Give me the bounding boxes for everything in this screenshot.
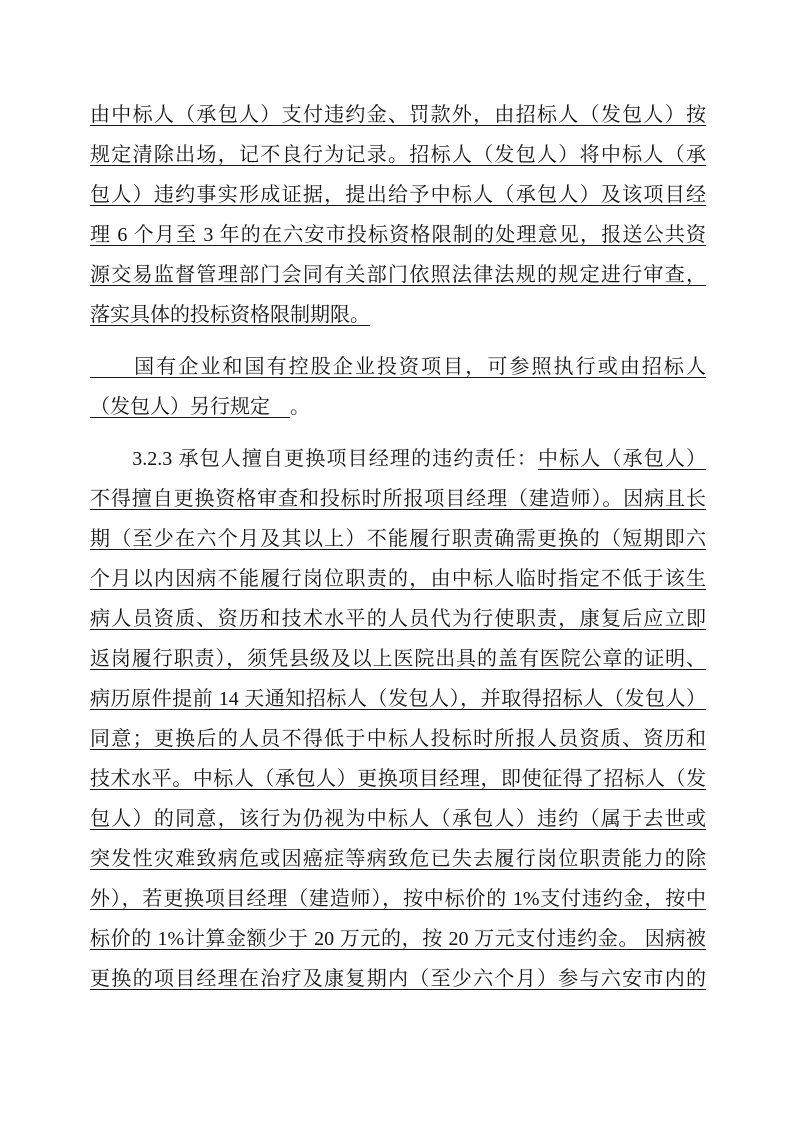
document-body: 由中标人（承包人）支付违约金、罚款外，由招标人（发包人）按规定清除出场，记不良行… [90,95,706,999]
text-line: 国有企业和国有控股企业投资项目，可参照执行或由招标人 [90,347,706,387]
underlined-text-segment: 个月以内因病不能履行岗位职责的，由中标人临时指定不低于该生 [90,568,706,590]
text-segment: 。 [290,396,310,418]
text-line: 期（至少在六个月及其以上）不能履行职责确需更换的（短期即六 [90,519,706,559]
underlined-text-segment: 返岗履行职责），须凭县级及以上医院出具的盖有医院公章的证明、 [90,648,706,670]
document-page: 由中标人（承包人）支付违约金、罚款外，由招标人（发包人）按规定清除出场，记不良行… [0,0,794,1122]
text-line: 3.2.3 承包人擅自更换项目经理的违约责任：中标人（承包人） [90,439,706,479]
paragraph-state-owned-enterprises: 国有企业和国有控股企业投资项目，可参照执行或由招标人（发包人）另行规定 。 [90,347,706,427]
text-line: 返岗履行职责），须凭县级及以上医院出具的盖有医院公章的证明、 [90,639,706,679]
text-line: 同意；更换后的人员不得低于中标人投标时所报人员资质、资历和 [90,719,706,759]
text-line: 不得擅自更换资格审查和投标时所报项目经理（建造师）。因病且长 [90,479,706,519]
underlined-text-segment: 同意；更换后的人员不得低于中标人投标时所报人员资质、资历和 [90,728,706,750]
text-line: 源交易监督管理部门会同有关部门依照法律法规的规定进行审查， [90,255,706,295]
text-line: 包人）的同意，该行为仍视为中标人（承包人）违约（属于去世或 [90,799,706,839]
underlined-text-segment: 国有企业和国有控股企业投资项目，可参照执行或由招标人 [90,356,706,378]
underlined-text-segment: 更换的项目经理在治疗及康复期内（至少六个月）参与六安市内的 [90,968,706,990]
underlined-text-segment: 病历原件提前 14 天通知招标人（发包人），并取得招标人（发包人） [90,688,706,710]
underlined-text-segment: 突发性灾难致病危或因癌症等病致危已失去履行岗位职责能力的除 [90,848,706,870]
text-line: 包人）违约事实形成证据，提出给予中标人（承包人）及该项目经 [90,175,706,215]
underlined-text-segment: 理 6 个月至 3 年的在六安市投标资格限制的处理意见，报送公共资 [90,224,706,246]
paragraph-penalty-clause-continuation: 由中标人（承包人）支付违约金、罚款外，由招标人（发包人）按规定清除出场，记不良行… [90,95,706,335]
underlined-text-segment: 落实具体的投标资格限制期限。 [90,304,370,326]
underlined-text-segment: 病人员资质、资历和技术水平的人员代为行使职责，康复后应立即 [90,608,706,630]
text-line: 突发性灾难致病危或因癌症等病致危已失去履行岗位职责能力的除 [90,839,706,879]
text-line: 病人员资质、资历和技术水平的人员代为行使职责，康复后应立即 [90,599,706,639]
underlined-text-segment: 标价的 1%计算金额少于 20 万元的，按 20 万元支付违约金。 因病被 [90,928,706,950]
text-line: 规定清除出场，记不良行为记录。招标人（发包人）将中标人（承 [90,135,706,175]
text-line: 外），若更换项目经理（建造师），按中标价的 1%支付违约金，按中 [90,879,706,919]
text-line: 由中标人（承包人）支付违约金、罚款外，由招标人（发包人）按 [90,95,706,135]
underlined-text-segment: 源交易监督管理部门会同有关部门依照法律法规的规定进行审查， [90,264,706,286]
text-line: 落实具体的投标资格限制期限。 [90,295,706,335]
underlined-text-segment: 由中标人（承包人）支付违约金、罚款外，由招标人（发包人）按 [90,104,706,126]
text-line: （发包人）另行规定 。 [90,387,706,427]
paragraph-3-2-3-project-manager-replacement: 3.2.3 承包人擅自更换项目经理的违约责任：中标人（承包人）不得擅自更换资格审… [90,439,706,999]
text-line: 技术水平。中标人（承包人）更换项目经理，即使征得了招标人（发 [90,759,706,799]
underlined-text-segment: 中标人（承包人） [538,448,706,470]
text-line: 个月以内因病不能履行岗位职责的，由中标人临时指定不低于该生 [90,559,706,599]
underlined-text-segment: 外），若更换项目经理（建造师），按中标价的 1%支付违约金，按中 [90,888,706,910]
underlined-text-segment: 规定清除出场，记不良行为记录。招标人（发包人）将中标人（承 [90,144,706,166]
underlined-text-segment: 不得擅自更换资格审查和投标时所报项目经理（建造师）。因病且长 [90,488,706,510]
underlined-text-segment: 包人）的同意，该行为仍视为中标人（承包人）违约（属于去世或 [90,808,706,830]
text-line: 标价的 1%计算金额少于 20 万元的，按 20 万元支付违约金。 因病被 [90,919,706,959]
underlined-text-segment: （发包人）另行规定 [90,396,290,418]
text-line: 理 6 个月至 3 年的在六安市投标资格限制的处理意见，报送公共资 [90,215,706,255]
underlined-text-segment: 期（至少在六个月及其以上）不能履行职责确需更换的（短期即六 [90,528,706,550]
text-line: 病历原件提前 14 天通知招标人（发包人），并取得招标人（发包人） [90,679,706,719]
underlined-text-segment: 技术水平。中标人（承包人）更换项目经理，即使征得了招标人（发 [90,768,706,790]
underlined-text-segment: 包人）违约事实形成证据，提出给予中标人（承包人）及该项目经 [90,184,706,206]
text-segment: 3.2.3 承包人擅自更换项目经理的违约责任： [90,448,538,470]
text-line: 更换的项目经理在治疗及康复期内（至少六个月）参与六安市内的 [90,959,706,999]
